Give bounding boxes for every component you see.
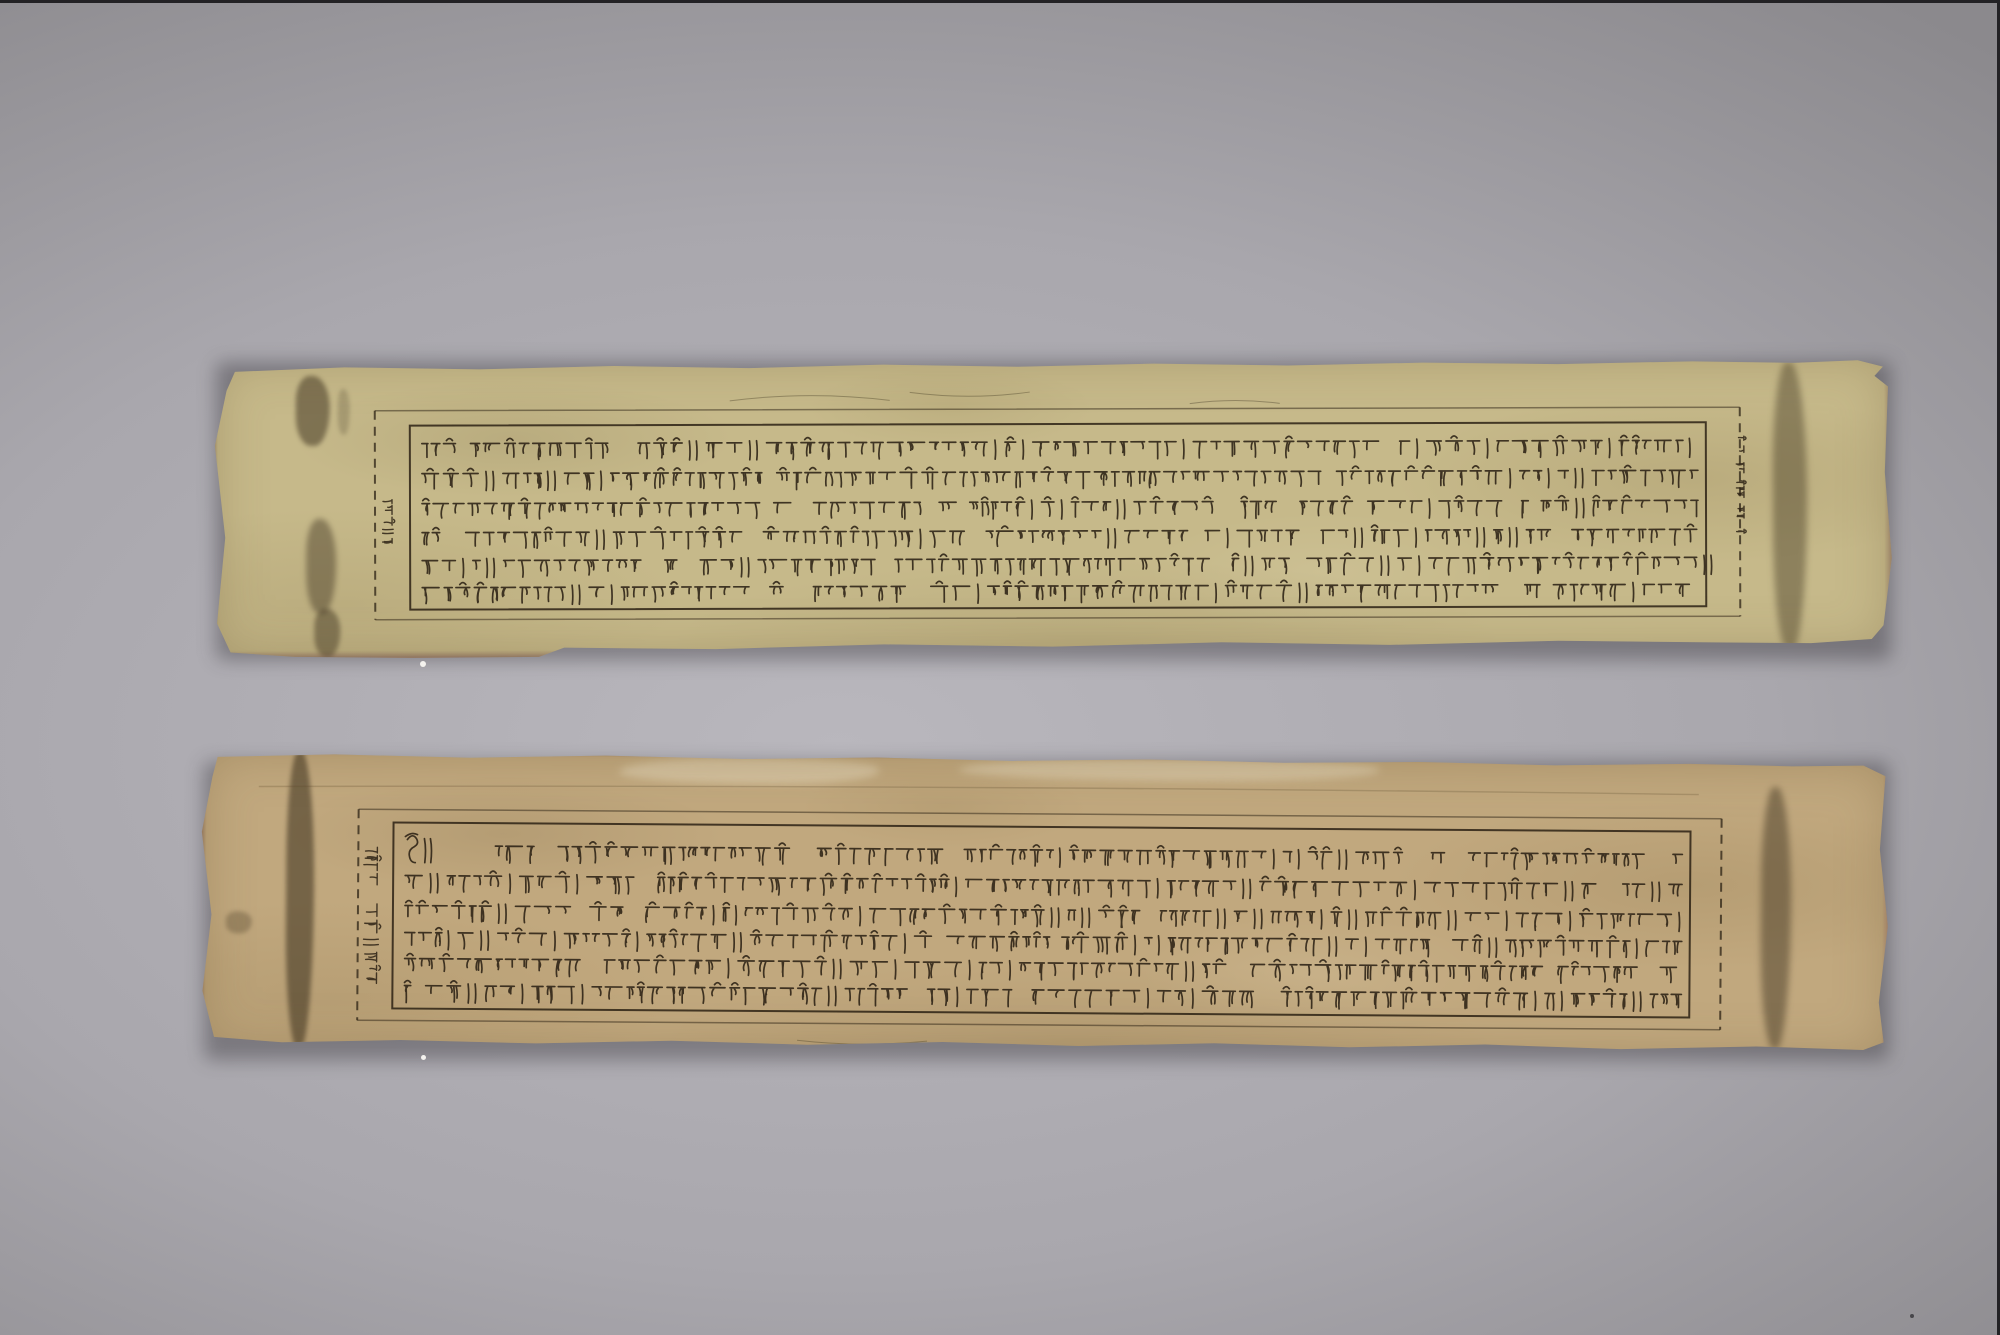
photo-stage [0,0,2000,1335]
debris-speck [1910,1314,1914,1318]
manuscript-leaf-lower [197,746,1894,1064]
ink-smudge [296,376,330,446]
manuscript-leaf-upper-edge-top [210,350,1895,362]
script-line [405,871,1682,902]
script-line [422,495,1698,520]
manuscript-leaf-lower-printed-text [197,746,1894,1064]
script-line [404,981,1681,1012]
ink-smudge [338,389,350,435]
script-line [422,465,1698,490]
margin-annotation-left [363,847,381,983]
manuscript-leaf-upper-printed-text [210,350,1896,660]
script-line [422,579,1689,604]
script-line [422,552,1712,577]
script-line [405,833,1682,871]
script-line [404,954,1676,985]
script-line [422,435,1690,460]
ink-smudge [285,751,315,1049]
margin-annotation-left [383,500,395,543]
script-line [405,928,1682,959]
debris-speck [421,1055,426,1060]
ink-smudge [314,609,340,657]
water-stain [619,757,879,785]
photo-edge-top [0,0,2000,3]
debris-speck [420,661,426,667]
ink-smudge [1773,362,1808,652]
ink-smudge [1760,787,1792,1049]
ink-smudge [306,519,336,614]
ink-smudge [226,911,252,933]
manuscript-leaf-upper [210,350,1896,660]
script-line [405,901,1680,932]
script-line [422,524,1697,549]
margin-annotation-right [1736,436,1746,533]
